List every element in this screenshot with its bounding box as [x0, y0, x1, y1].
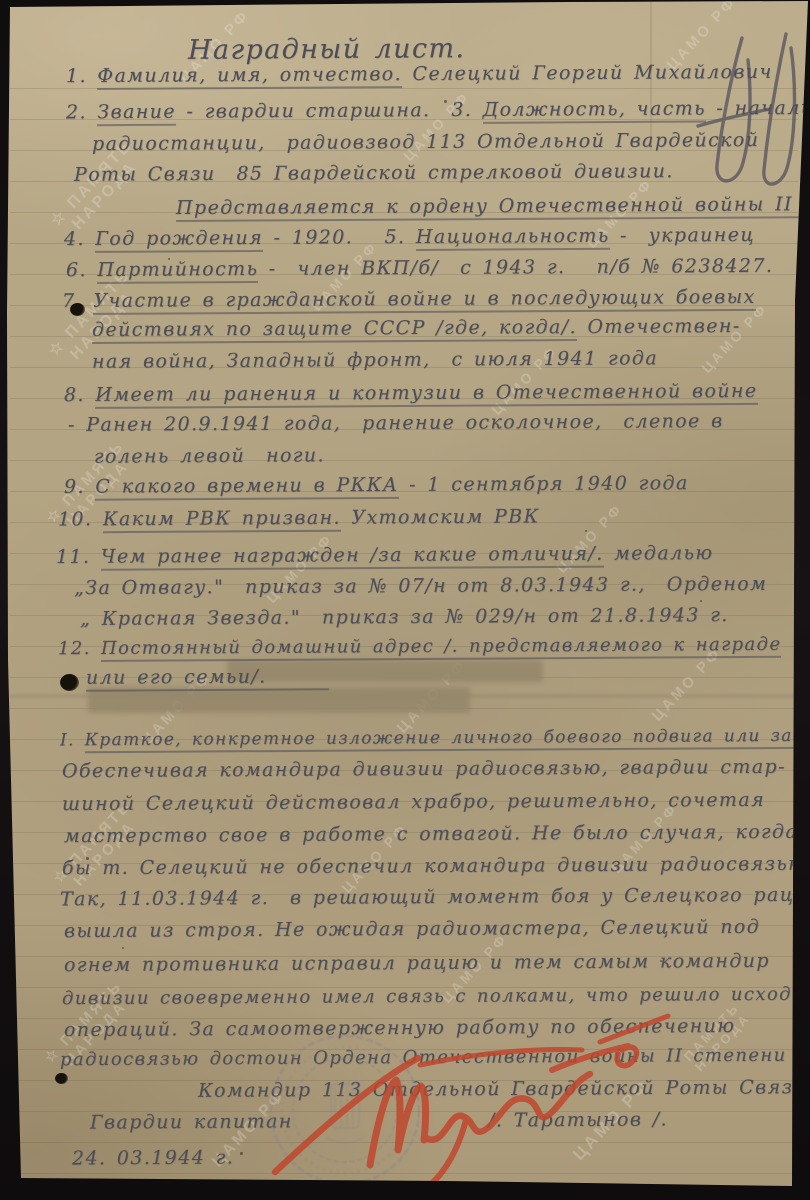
- pencil-mark: [660, 20, 810, 200]
- scan-background: ЦАМО РФЦАМО РФЦАМО РФ☆ ПАМЯТЬ НАРОДАЦАМО…: [0, 0, 810, 1200]
- line-narrative-7: огнем противника исправил рацию и тем са…: [64, 951, 770, 977]
- line-field-11-cont1: „За Отвагу." приказ за № 07/н от 8.03.19…: [74, 574, 767, 600]
- line-field-7-cont1: действиях по защите СССР /где, когда/. О…: [92, 316, 741, 342]
- line-section-1-heading: I. Краткое, конкретное изложение личного…: [60, 727, 810, 751]
- paper-speck: [444, 100, 447, 103]
- punch-hole: [55, 1073, 68, 1084]
- line-field-12-cont: или его семьи/.: [86, 666, 329, 689]
- paper: ЦАМО РФЦАМО РФЦАМО РФ☆ ПАМЯТЬ НАРОДАЦАМО…: [0, 0, 810, 1200]
- line-document-title: Наградный лист.: [188, 33, 466, 66]
- line-field-9: 9. С какого времени в РККА - 1 сентября …: [64, 473, 689, 499]
- line-field-4-5: 4. Год рождения - 1920. 5. Национальност…: [64, 225, 755, 251]
- line-field-11: 11. Чем ранее награжден /за какие отличи…: [56, 543, 714, 569]
- line-narrative-3: мастерство свое в работе с отвагой. Не б…: [64, 822, 798, 848]
- paper-speck: [240, 1152, 243, 1155]
- paper-speck: [122, 947, 124, 949]
- punch-hole: [70, 303, 85, 316]
- paper-speck: [86, 857, 89, 860]
- line-field-11-cont2: „ Красная Звезда." приказ за № 029/н от …: [80, 605, 729, 631]
- line-field-8: 8. Имеет ли ранения и контузии в Отечест…: [64, 381, 758, 407]
- line-narrative-1: Обеспечивая командира дивизии радиосвязь…: [62, 757, 786, 783]
- line-field-10: 10. Каким РВК призван. Ухтомским РВК: [58, 507, 540, 532]
- line-narrative-2: шиной Селецкий действовал храбро, решите…: [62, 790, 765, 816]
- paper-speck: [585, 530, 587, 532]
- line-narrative-5: Так, 11.03.1944 г. в решающий момент боя…: [60, 885, 810, 911]
- paper-speck: [700, 600, 702, 602]
- line-field-8-cont2: голень левой ноги.: [94, 445, 325, 468]
- line-field-7-cont2: ная война, Западный фронт, с июля 1941 г…: [92, 348, 658, 373]
- paper-speck: [660, 960, 662, 962]
- line-narrative-6: вышла из строя. Не ожидая радиомастера, …: [64, 917, 760, 943]
- line-field-3-cont2: Роты Связи 85 Гвардейской стрелковой див…: [74, 161, 674, 187]
- paper-speck: [168, 258, 170, 260]
- line-field-6: 6. Партийность - член ВКП/б/ с 1943 г. п…: [66, 256, 773, 282]
- signature-red: [230, 1000, 810, 1200]
- line-field-12: 12. Постоянный домашний адрес /. предста…: [58, 635, 782, 660]
- line-date-line: 24. 03.1944 г.: [72, 1148, 234, 1171]
- line-narrative-4: бы т. Селецкий не обеспечил командира ди…: [62, 854, 810, 880]
- punch-hole: [60, 674, 79, 691]
- line-field-7: 7. Участие в гражданской войне и в после…: [62, 287, 756, 313]
- line-field-8-cont1: - Ранен 20.9.1941 года, ранение осколочн…: [68, 411, 724, 437]
